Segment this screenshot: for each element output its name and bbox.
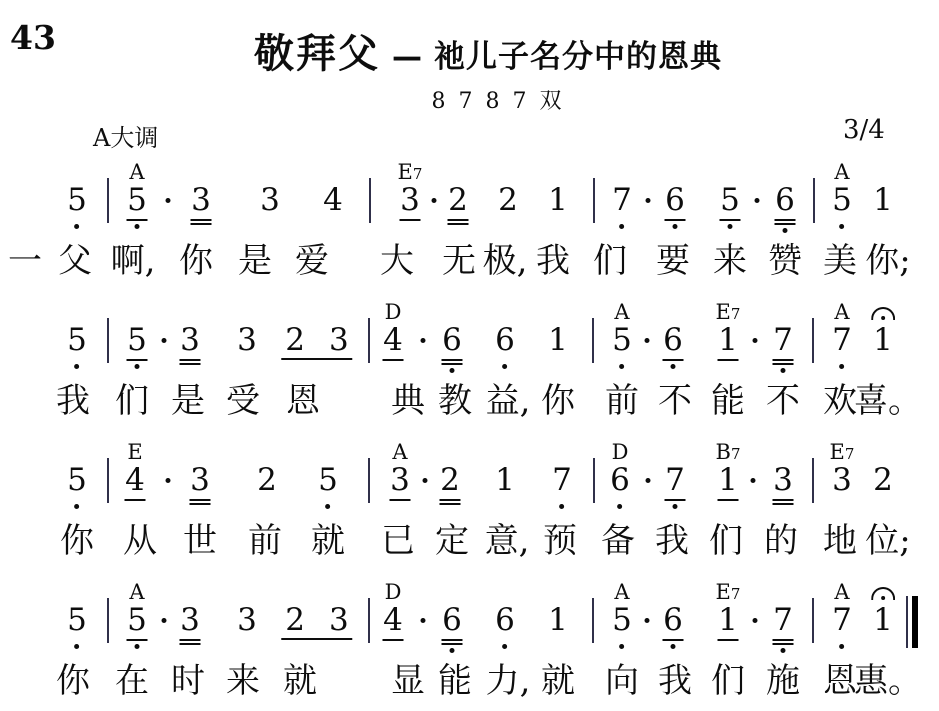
lyric-syllable: 来 [226,663,260,700]
lyric-syllable: 在 [115,663,149,700]
lyric-syllable: 们 [711,663,745,700]
lyric-syllable: 力, [486,663,531,700]
hymn-sheet-page: 43 敬拜父 — 祂儿子名分中的恩典 8 7 8 7 双 A大调 3/4 5A5… [0,0,939,711]
lyric-syllable: 惠。 [854,663,922,700]
lyric-syllable: 向 [605,663,639,700]
lyric-syllable: 你 [56,663,90,700]
lyric-line: 你在时来就显能力,就向我们施恩惠。 [0,0,939,711]
lyric-syllable: 就 [283,663,317,700]
lyric-syllable: 我 [658,663,692,700]
lyric-syllable: 时 [171,663,205,700]
lyric-syllable: 能 [438,663,472,700]
lyric-syllable: 施 [766,663,800,700]
lyric-syllable: 就 [541,663,575,700]
lyric-syllable: 恩 [823,663,857,700]
score: 5A5334E732217656A51553323D4661A56E717A71… [0,0,939,711]
lyric-syllable: 显 [391,663,425,700]
